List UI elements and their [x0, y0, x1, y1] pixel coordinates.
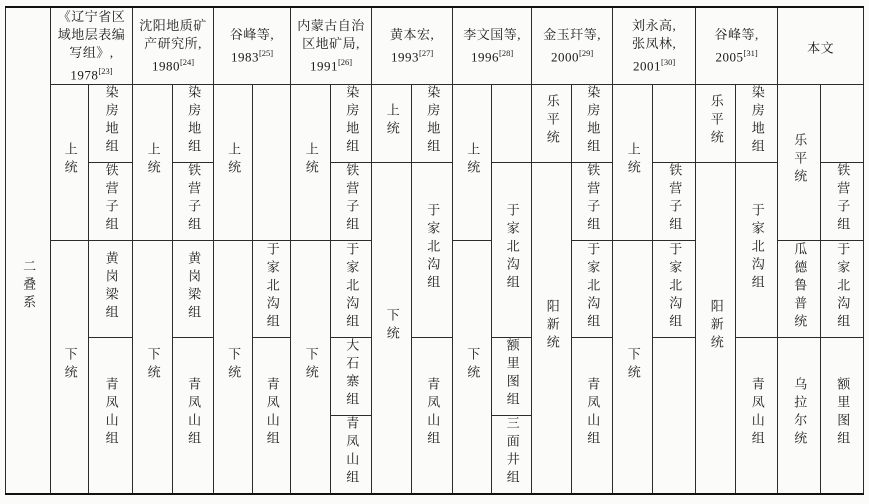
yujiabeigou-fm-label: 于家北沟组: [504, 203, 518, 293]
cell-1978-upper-series: 上统: [51, 85, 89, 241]
yujiabeigou-fm-label: 于家北沟组: [585, 242, 599, 332]
cell-1993-qingfengshan-fm: 青凤山组: [412, 338, 453, 495]
source-header-1980: 沈阳地质矿 产研究所, 1980[24]: [133, 7, 214, 85]
cell-1991-qingfengshan-fm: 青凤山组: [331, 416, 372, 495]
source-header-2000-text: 金玉玕等, 2000[29]: [532, 26, 612, 66]
cell-1993-upper-series: 上统: [372, 85, 412, 163]
reference-31: [31]: [744, 48, 758, 58]
cell-1983-qingfengshan-fm: 青凤山组: [253, 338, 291, 495]
source-header-1983: 谷峰等, 1983[25]: [214, 7, 291, 85]
qingfengshan-fm-label: 青凤山组: [344, 416, 358, 488]
cell-1980-tieyingzi-fm: 铁营子组: [173, 163, 214, 241]
header-row: 二叠系 《辽宁省区 域地层表编 写组》, 1978[23] 沈阳地质矿 产研究所…: [6, 7, 864, 85]
upper-series-label: 上统: [384, 103, 398, 139]
cell-1978-lower-series: 下统: [51, 241, 89, 495]
ranfangdi-fm-label: 染房地组: [103, 85, 117, 157]
qingfengshan-fm-label: 青凤山组: [749, 377, 763, 449]
tieyingzi-fm-label: 铁营子组: [585, 163, 599, 235]
ranfangdi-fm-label: 染房地组: [186, 85, 200, 157]
cell-1996-upper-series: 上统: [453, 85, 492, 241]
yujiabeigou-fm-label: 于家北沟组: [425, 203, 439, 293]
cell-1991-dashizhai-fm: 大石寨组: [331, 338, 372, 416]
source-header-2000: 金玉玕等, 2000[29]: [532, 7, 613, 85]
huanggangliang-fm-label: 黄岗梁组: [103, 251, 117, 323]
source-header-1983-text: 谷峰等, 1983[25]: [214, 26, 290, 66]
cell-1978-tieyingzi-fm: 铁营子组: [89, 163, 133, 241]
stratigraphic-correlation-table: 二叠系 《辽宁省区 域地层表编 写组》, 1978[23] 沈阳地质矿 产研究所…: [5, 6, 864, 495]
source-header-1991: 内蒙古自治 区地矿局, 1991[26]: [291, 7, 372, 85]
cell-1996-sanmianjing-fm: 三面井组: [492, 416, 532, 495]
cell-1996-yujiabeigou-fm: 于家北沟组: [492, 163, 532, 338]
source-header-benwen-text: 本文: [778, 35, 863, 57]
lower-series-label: 下统: [226, 347, 240, 383]
cell-2001-lower-series: 下统: [613, 241, 653, 495]
ranfangdi-fm-label: 染房地组: [344, 85, 358, 157]
cell-2001-yujiabeigou-fm: 于家北沟组: [653, 241, 696, 338]
reference-29: [29]: [579, 48, 593, 58]
yujiabeigou-fm-label: 于家北沟组: [749, 203, 763, 293]
upper-series-label: 上统: [303, 142, 317, 178]
reference-25: [25]: [259, 48, 273, 58]
cell-1980-qingfengshan-fm: 青凤山组: [173, 338, 214, 495]
cell-1983-yujiabeigou-fm: 于家北沟组: [253, 241, 291, 338]
cell-2005-qingfengshan-fm: 青凤山组: [736, 338, 778, 495]
lopingian-series-label: 乐平统: [708, 94, 722, 148]
cell-1980-upper-series: 上统: [133, 85, 173, 241]
cell-benwen-cisuralian-series: 乌拉尔统: [778, 338, 821, 495]
source-header-benwen: 本文: [778, 7, 864, 85]
cell-2001-empty: [653, 85, 696, 163]
cell-2005-yujiabeigou-fm: 于家北沟组: [736, 163, 778, 338]
upper-series-label: 上统: [145, 142, 159, 178]
qingfengshan-fm-label: 青凤山组: [103, 377, 117, 449]
cell-1991-lower-series: 下统: [291, 241, 331, 495]
cell-1980-ranfangdi-fm: 染房地组: [173, 85, 214, 163]
cell-1993-lower-series: 下统: [372, 163, 412, 495]
source-header-1993-text: 黄本宏, 1993[27]: [372, 26, 452, 66]
sanmianjing-fm-label: 三面井组: [504, 416, 518, 488]
qingfengshan-fm-label: 青凤山组: [585, 377, 599, 449]
cell-1983-lower-series: 下统: [214, 241, 253, 495]
tieyingzi-fm-label: 铁营子组: [103, 163, 117, 235]
qingfengshan-fm-label: 青凤山组: [186, 377, 200, 449]
cell-2001-empty-lower: [653, 338, 696, 495]
cell-1991-upper-series: 上统: [291, 85, 331, 241]
cell-1980-huanggangliang-fm: 黄岗梁组: [173, 241, 214, 338]
cell-1983-empty: [253, 85, 291, 241]
reference-28: [28]: [499, 48, 513, 58]
cell-1978-huanggangliang-fm: 黄岗梁组: [89, 241, 133, 338]
cell-1991-ranfangdi-fm: 染房地组: [331, 85, 372, 163]
yangxinian-series-label: 阳新统: [708, 299, 722, 353]
source-header-2005-text: 谷峰等, 2005[31]: [696, 26, 777, 66]
cell-2001-tieyingzi-fm: 铁营子组: [653, 163, 696, 241]
yangxinian-series-label: 阳新统: [544, 299, 558, 353]
cell-2005-ranfangdi-fm: 染房地组: [736, 85, 778, 163]
cell-1980-lower-series: 下统: [133, 241, 173, 495]
source-header-1978: 《辽宁省区 域地层表编 写组》, 1978[23]: [51, 7, 133, 85]
cisuralian-series-label: 乌拉尔统: [792, 377, 806, 449]
cell-benwen-empty: [821, 85, 864, 163]
cell-2000-qingfengshan-fm: 青凤山组: [572, 338, 613, 495]
cell-2000-yujiabeigou-fm: 于家北沟组: [572, 241, 613, 338]
cell-2000-tieyingzi-fm: 铁营子组: [572, 163, 613, 241]
source-header-1996: 李文国等, 1996[28]: [453, 7, 532, 85]
upper-series-label: 上统: [62, 142, 76, 178]
tieyingzi-fm-label: 铁营子组: [344, 163, 358, 235]
cell-1991-yujiabeigou-fm: 于家北沟组: [331, 241, 372, 338]
ranfangdi-fm-label: 染房地组: [425, 85, 439, 157]
lower-series-label: 下统: [62, 347, 76, 383]
upper-series-label: 上统: [465, 142, 479, 178]
permian-system-cell: 二叠系: [6, 7, 51, 494]
tieyingzi-fm-label: 铁营子组: [667, 163, 681, 235]
lopingian-series-label: 乐平统: [792, 133, 806, 187]
yujiabeigou-fm-label: 于家北沟组: [835, 242, 849, 332]
guadalupian-series-label: 瓜德鲁普统: [792, 242, 806, 332]
cell-2005-yangxinian-series: 阳新统: [696, 163, 736, 495]
cell-2000-yangxinian-series: 阳新统: [532, 163, 572, 495]
source-header-1978-text: 《辽宁省区 域地层表编 写组》, 1978[23]: [51, 8, 132, 84]
cell-2001-upper-series: 上统: [613, 85, 653, 241]
tieyingzi-fm-label: 铁营子组: [186, 163, 200, 235]
lower-series-label: 下统: [145, 347, 159, 383]
elitu-fm-label: 额里图组: [835, 377, 849, 449]
cell-1993-yujiabeigou-fm: 于家北沟组: [412, 163, 453, 338]
cell-benwen-tieyingzi-fm: 铁营子组: [821, 163, 864, 241]
source-header-2005: 谷峰等, 2005[31]: [696, 7, 778, 85]
elitu-fm-label: 额里图组: [504, 338, 518, 410]
lower-series-label: 下统: [625, 347, 639, 383]
yujiabeigou-fm-label: 于家北沟组: [264, 242, 278, 332]
lower-series-label: 下统: [384, 308, 398, 344]
cell-benwen-guadalupian-series: 瓜德鲁普统: [778, 241, 821, 338]
cell-2005-lopingian-series: 乐平统: [696, 85, 736, 163]
yujiabeigou-fm-label: 于家北沟组: [667, 242, 681, 332]
reference-27: [27]: [419, 48, 433, 58]
source-header-2001-text: 刘永高, 张凤林, 2001[30]: [613, 17, 695, 75]
source-header-1996-text: 李文国等, 1996[28]: [453, 26, 531, 66]
yujiabeigou-fm-label: 于家北沟组: [344, 242, 358, 332]
upper-series-label: 上统: [625, 142, 639, 178]
ranfangdi-fm-label: 染房地组: [749, 85, 763, 157]
dashizhai-fm-label: 大石寨组: [344, 338, 358, 410]
cell-2000-lopingian-series: 乐平统: [532, 85, 572, 163]
cell-2000-ranfangdi-fm: 染房地组: [572, 85, 613, 163]
lopingian-series-label: 乐平统: [544, 94, 558, 148]
tieyingzi-fm-label: 铁营子组: [835, 163, 849, 235]
lower-series-label: 下统: [465, 347, 479, 383]
source-header-2001: 刘永高, 张凤林, 2001[30]: [613, 7, 696, 85]
cell-1996-empty: [492, 85, 532, 163]
source-header-1980-text: 沈阳地质矿 产研究所, 1980[24]: [133, 17, 213, 75]
ranfangdi-fm-label: 染房地组: [585, 85, 599, 157]
cell-1991-tieyingzi-fm: 铁营子组: [331, 163, 372, 241]
cell-benwen-elitu-fm: 额里图组: [821, 338, 864, 495]
cell-1996-lower-series: 下统: [453, 241, 492, 495]
qingfengshan-fm-label: 青凤山组: [264, 377, 278, 449]
page: 二叠系 《辽宁省区 域地层表编 写组》, 1978[23] 沈阳地质矿 产研究所…: [0, 0, 869, 495]
source-header-1991-text: 内蒙古自治 区地矿局, 1991[26]: [291, 17, 371, 75]
reference-26: [26]: [338, 57, 352, 67]
source-header-1993: 黄本宏, 1993[27]: [372, 7, 453, 85]
body-row-1: 上统 染房地组 上统 染房地组 上统 上统 染房地组 上统 染房地组 上统 乐平…: [6, 85, 864, 163]
cell-1983-upper-series: 上统: [214, 85, 253, 241]
cell-1993-ranfangdi-fm: 染房地组: [412, 85, 453, 163]
reference-24: [24]: [180, 57, 194, 67]
cell-benwen-yujiabeigou-fm: 于家北沟组: [821, 241, 864, 338]
lower-series-label: 下统: [303, 347, 317, 383]
huanggangliang-fm-label: 黄岗梁组: [186, 251, 200, 323]
reference-23: [23]: [98, 66, 112, 76]
reference-30: [30]: [661, 57, 675, 67]
cell-1996-elitu-fm: 额里图组: [492, 338, 532, 416]
qingfengshan-fm-label: 青凤山组: [425, 377, 439, 449]
upper-series-label: 上统: [226, 142, 240, 178]
cell-benwen-lopingian-series: 乐平统: [778, 85, 821, 241]
cell-1978-qingfengshan-fm: 青凤山组: [89, 338, 133, 495]
cell-1978-ranfangdi-fm: 染房地组: [89, 85, 133, 163]
permian-system-label: 二叠系: [21, 259, 35, 313]
